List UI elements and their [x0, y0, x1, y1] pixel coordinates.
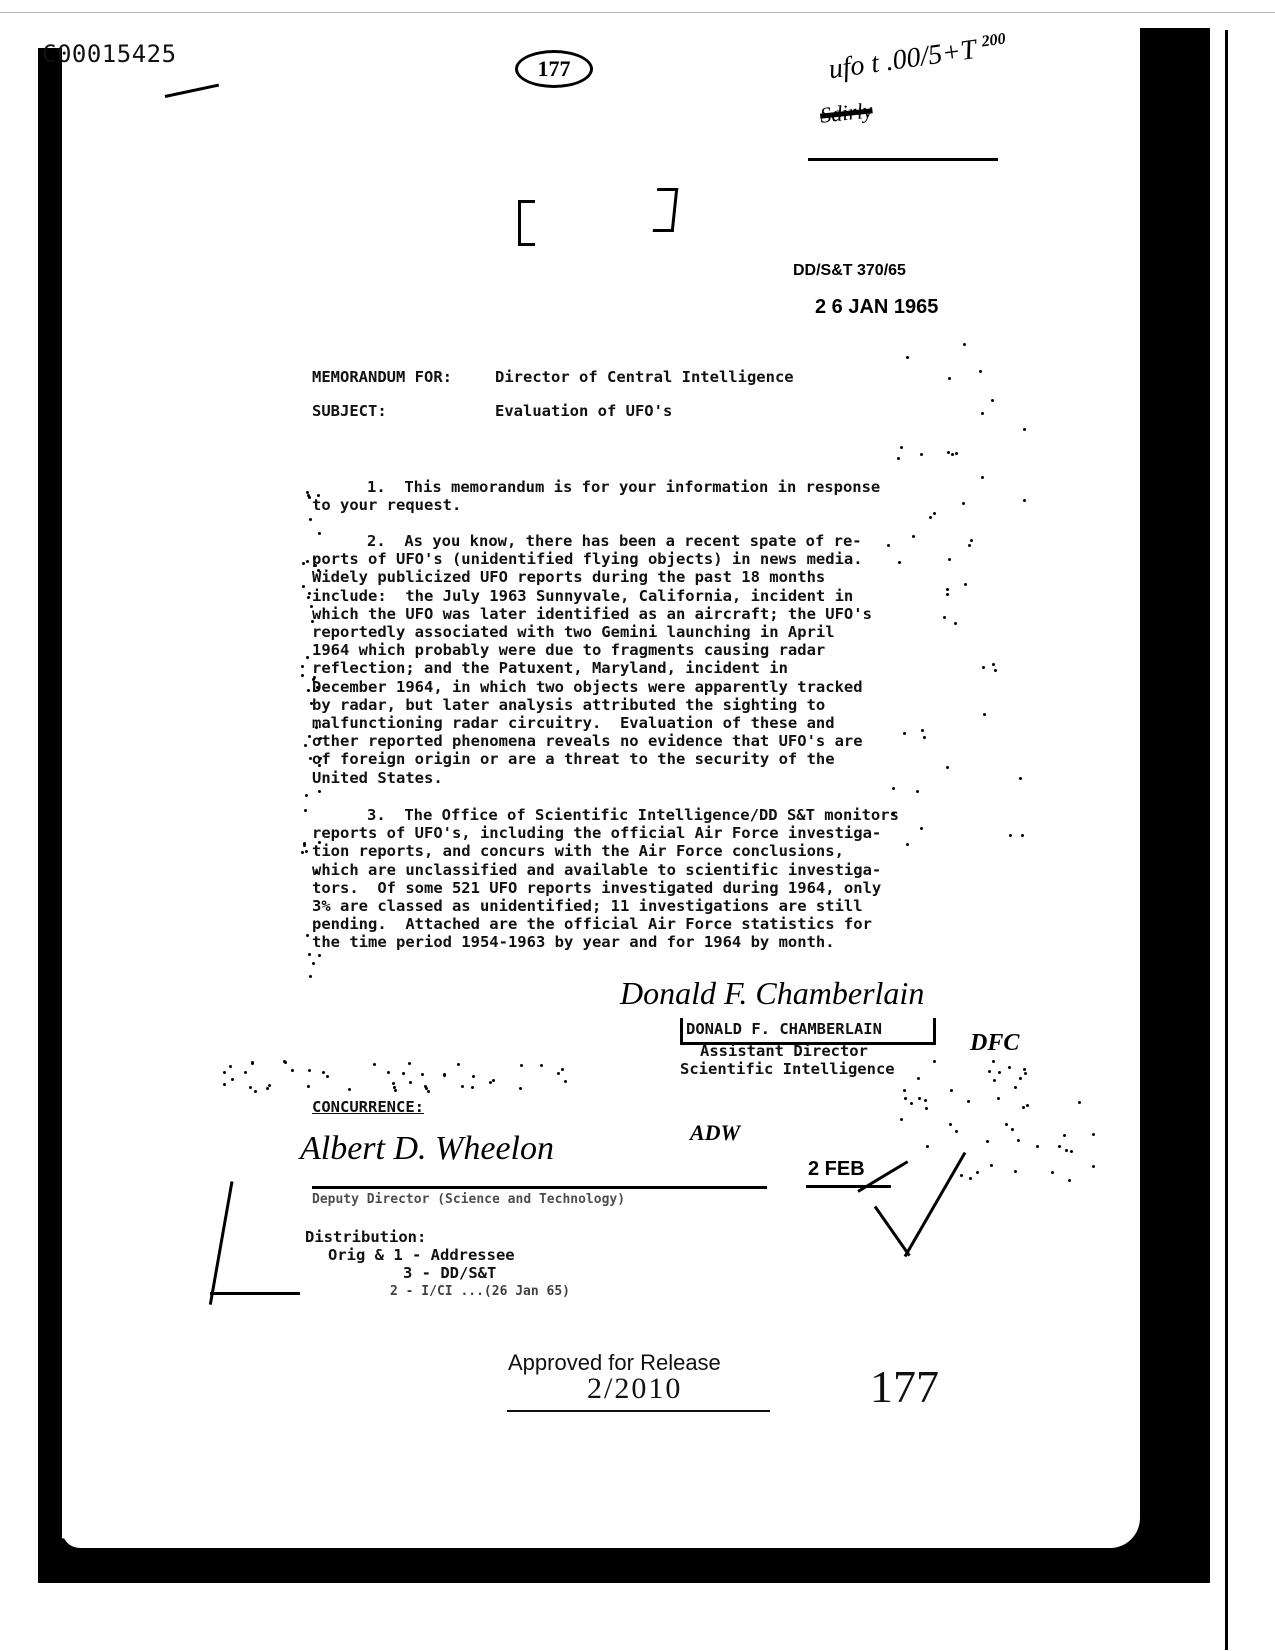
- scan-speckle: [916, 790, 919, 793]
- scan-speckle: [471, 1086, 474, 1089]
- memo-for-label: MEMORANDUM FOR:: [312, 368, 452, 386]
- scan-speckle: [1051, 1171, 1054, 1174]
- scan-speckle: [923, 736, 926, 739]
- scan-speckle: [427, 1090, 430, 1093]
- scan-speckle: [990, 1164, 993, 1167]
- concurrence-signature-line: [312, 1186, 767, 1189]
- circled-page-number: 177: [515, 50, 593, 88]
- scan-speckle: [979, 370, 982, 373]
- scan-speckle: [301, 851, 304, 854]
- distribution-line: Orig & 1 - Addressee: [328, 1246, 515, 1264]
- scan-mark: [210, 1292, 300, 1295]
- scan-speckle: [308, 1069, 311, 1072]
- scan-speckle: [309, 757, 312, 760]
- paragraph-number: 1.: [312, 478, 386, 496]
- scan-speckle: [1070, 1150, 1073, 1153]
- scan-speckle: [950, 1089, 953, 1092]
- scan-speckle: [925, 1107, 928, 1110]
- scan-frame-left: [38, 48, 62, 1583]
- scan-speckle: [981, 476, 984, 479]
- scan-speckle: [283, 1060, 286, 1063]
- scan-speckle: [921, 729, 924, 732]
- scan-speckle: [306, 656, 309, 659]
- scan-speckle: [933, 512, 936, 515]
- scan-speckle: [976, 1171, 979, 1174]
- paragraph-number: 3.: [312, 806, 386, 824]
- paragraph-text: This memorandum is for your information …: [312, 478, 880, 514]
- scan-frame-right: [1140, 28, 1210, 1578]
- scan-speckle: [962, 502, 965, 505]
- scan-speckle: [315, 726, 318, 729]
- paragraph-text: The Office of Scientific Intelligence/DD…: [312, 806, 899, 951]
- scan-speckle: [223, 1083, 226, 1086]
- scan-speckle: [472, 1075, 475, 1078]
- scan-speckle: [963, 343, 966, 346]
- redaction-bracket-left: [518, 200, 535, 246]
- reference-number: DD/S&T 370/65: [793, 262, 906, 280]
- scan-speckle: [457, 1063, 460, 1066]
- scan-speckle: [308, 592, 311, 595]
- paragraph-1: 1. This memorandum is for your informati…: [312, 478, 972, 514]
- concurrence-signature: Albert D. Wheelon: [300, 1130, 554, 1168]
- scan-speckle: [920, 453, 923, 456]
- scan-speckle: [949, 1123, 952, 1126]
- scan-speckle: [308, 496, 311, 499]
- document-date: 2 6 JAN 1965: [815, 296, 938, 319]
- scan-speckle: [1058, 1145, 1061, 1148]
- signer-title-line1: Assistant Director: [700, 1042, 868, 1060]
- scan-right-edge-line: [1225, 30, 1228, 1650]
- scan-speckle: [305, 850, 308, 853]
- scan-speckle: [946, 766, 949, 769]
- handwritten-strikeout: Sdirly: [819, 97, 874, 128]
- scan-speckle: [223, 1071, 226, 1074]
- scan-speckle: [1009, 834, 1012, 837]
- distribution-line: 2 - I/CI ...(26 Jan 65): [390, 1284, 570, 1299]
- scan-speckle: [1024, 1072, 1027, 1075]
- scan-speckle: [960, 1174, 963, 1177]
- scan-speckle: [304, 809, 307, 812]
- scan-speckle: [929, 516, 932, 519]
- scan-speckle: [946, 588, 949, 591]
- scan-speckle: [301, 665, 304, 668]
- scan-speckle: [421, 1073, 424, 1076]
- scan-speckle: [266, 1087, 269, 1090]
- scan-top-edge: [0, 12, 1275, 13]
- scan-speckle: [303, 842, 306, 845]
- release-stamp-line: [507, 1410, 770, 1412]
- scan-speckle: [1014, 1086, 1017, 1089]
- scan-speckle: [309, 518, 312, 521]
- signer-initials: DFC: [970, 1030, 1019, 1057]
- signer-title-line2: Scientific Intelligence: [680, 1060, 895, 1078]
- scan-speckle: [912, 535, 915, 538]
- scan-speckle: [322, 1071, 325, 1074]
- scan-speckle: [302, 562, 305, 565]
- scan-speckle: [308, 953, 311, 956]
- scan-speckle: [314, 564, 317, 567]
- scan-speckle: [311, 620, 314, 623]
- scan-speckle: [317, 569, 320, 572]
- subject-value: Evaluation of UFO's: [495, 402, 672, 420]
- scan-speckle: [408, 1062, 411, 1065]
- scan-speckle: [307, 596, 310, 599]
- scan-speckle: [951, 453, 954, 456]
- scan-speckle: [326, 1075, 329, 1078]
- scan-speckle: [906, 843, 909, 846]
- scan-speckle: [993, 1079, 996, 1082]
- scan-speckle: [561, 1068, 564, 1071]
- scan-speckle: [489, 1081, 492, 1084]
- scan-speckle: [1014, 1170, 1017, 1173]
- scan-speckle: [307, 689, 310, 692]
- paragraph-2: 2. As you know, there has been a recent …: [312, 532, 972, 787]
- distribution-line: 3 - DD/S&T: [403, 1264, 496, 1282]
- scan-speckle: [312, 678, 315, 681]
- scan-speckle: [254, 1090, 257, 1093]
- paragraph-3: 3. The Office of Scientific Intelligence…: [312, 806, 972, 952]
- distribution-title: Distribution:: [305, 1228, 426, 1246]
- paragraph-text: As you know, there has been a recent spa…: [312, 532, 872, 787]
- concurrence-label: CONCURRENCE:: [312, 1098, 424, 1116]
- signer-name: DONALD F. CHAMBERLAIN: [686, 1020, 882, 1038]
- release-stamp-date: 2/2010: [587, 1372, 682, 1406]
- scan-speckle: [1063, 1134, 1066, 1137]
- scan-speckle: [918, 1097, 921, 1100]
- scan-speckle: [305, 794, 308, 797]
- scan-speckle: [947, 451, 950, 454]
- concurrence-date-line: [806, 1185, 891, 1188]
- memo-for-value: Director of Central Intelligence: [495, 368, 794, 386]
- scan-speckle: [981, 412, 984, 415]
- scan-speckle: [892, 812, 895, 815]
- concurrence-initials: ADW: [690, 1120, 740, 1146]
- scan-speckle: [948, 377, 951, 380]
- handwritten-rule: [808, 158, 998, 161]
- scan-speckle: [304, 744, 307, 747]
- scan-speckle: [392, 1082, 395, 1085]
- scan-speckle: [306, 934, 309, 937]
- scan-speckle: [903, 732, 906, 735]
- ref-note-sub: 200: [981, 30, 1007, 50]
- scan-speckle: [291, 1069, 294, 1072]
- scan-speckle: [308, 735, 311, 738]
- scan-speckle: [1023, 1068, 1026, 1071]
- subject-label: SUBJECT:: [312, 402, 387, 420]
- scan-speckle: [997, 1097, 1000, 1100]
- scan-speckle: [892, 787, 895, 790]
- document-id: C00015425: [42, 40, 177, 68]
- handwritten-page-number: 177: [870, 1360, 939, 1413]
- paragraph-number: 2.: [312, 532, 386, 550]
- concurrence-caption: Deputy Director (Science and Technology): [312, 1192, 625, 1207]
- scan-speckle: [954, 622, 957, 625]
- concurrence-date: 2 FEB: [808, 1158, 865, 1181]
- scan-speckle: [229, 1065, 232, 1068]
- document-page: [62, 48, 1140, 1548]
- scan-speckle: [318, 954, 321, 957]
- handwritten-signature: Donald F. Chamberlain: [620, 975, 924, 1012]
- scan-speckle: [318, 841, 321, 844]
